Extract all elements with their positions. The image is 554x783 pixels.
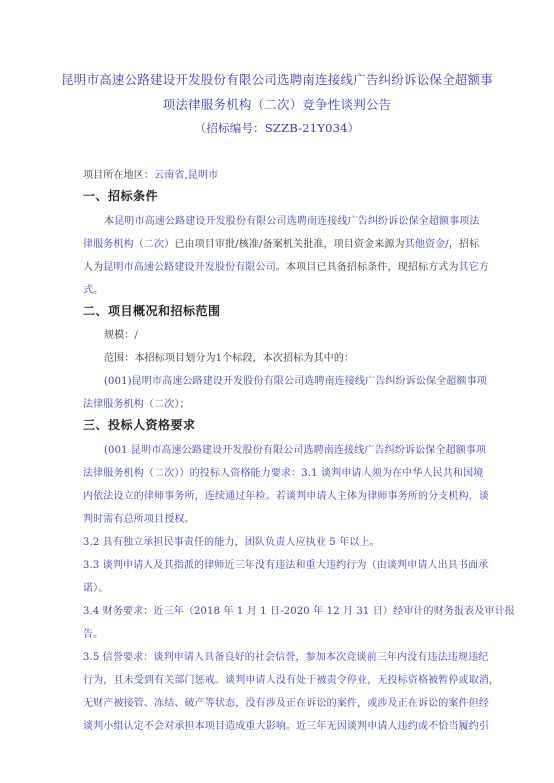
qualification-line: 法律服务机构（二次））的投标人资格能力要求：3.1 谈判申请人须为在中华人民共和… xyxy=(83,464,473,479)
text: 个标段，本次招标为其中的： xyxy=(222,353,354,364)
project-name-link: 律服务机构（二次） xyxy=(83,239,174,250)
project-location: 项目所在地区：云南省,昆明市 xyxy=(83,166,473,181)
fund-source: 其他资金/ xyxy=(405,239,449,250)
tenderer-name: 昆明市高速公路建设开发股份有限公司 xyxy=(103,262,276,273)
scale-value: / xyxy=(134,330,138,341)
qualification-line: 3.3 谈判申请人及其指派的律师近三年没有违法和重大违约行为（由谈判申请人出具书… xyxy=(83,556,473,571)
qualification-line: 诺）。 xyxy=(83,579,473,594)
qualification-line: 3.4 财务要求：近三年（2018 年 1 月 1 日-2020 年 12 月 … xyxy=(83,602,473,617)
document-title-line-2: 项法律服务机构（二次）竞争性谈判公告 xyxy=(0,95,554,113)
tender-method: 式 xyxy=(83,285,93,296)
text: 范围：本招标项目划分为 xyxy=(104,353,216,364)
location-label: 项目所在地区： xyxy=(83,170,154,181)
scale-line: 规模：/ xyxy=(104,326,494,341)
qualification-line: 内依法设立的律师事务所，连续通过年检。若谈判申请人主体为律师事务所的分支机构，谈 xyxy=(83,487,473,502)
qualification-line: 判时需有总所项目授权。 xyxy=(83,510,473,525)
section-1-paragraph-line-4: 式。 xyxy=(83,281,473,296)
project-name-link: 昆明市高速公路建设开发股份有限公司选聘南连接线广告纠纷诉讼保全超额事项法 xyxy=(114,216,479,227)
text: 。本项目已具备招标条件，现招标方式为 xyxy=(276,262,459,273)
qualification-line: 谈判小组认定不会对承担本项目造成重大影响。近三年无因谈判申请人违约或不恰当履约引 xyxy=(83,717,473,732)
text: ； xyxy=(180,399,190,410)
qualification-line: 3.5 信誉要求：谈判申请人具备良好的社会信誉，参加本次竞谈前三年内没有违法违规… xyxy=(83,648,473,663)
qualification-line: 无财产被接管、冻结、破产等状态，没有涉及正在诉讼的案件，或涉及正在诉讼的案件但经 xyxy=(83,694,473,709)
section-1-heading: 一、招标条件 xyxy=(83,187,158,204)
text: ，招标 xyxy=(449,239,479,250)
document-title-line-1: 昆明市高速公路建设开发股份有限公司选聘南连接线广告纠纷诉讼保全超额事 xyxy=(0,70,554,88)
text: 本 xyxy=(104,216,114,227)
section-1-paragraph-line-1: 本昆明市高速公路建设开发股份有限公司选聘南连接线广告纠纷诉讼保全超额事项法 xyxy=(104,212,494,227)
range-line: 范围：本招标项目划分为1个标段，本次招标为其中的： xyxy=(104,349,494,364)
section-1-paragraph-line-2: 律服务机构（二次）已由项目审批/核准/备案机关批准，项目资金来源为其他资金/，招… xyxy=(83,235,473,250)
qualification-line: 告。 xyxy=(83,625,473,640)
qualification-line: (001 昆明市高速公路建设开发股份有限公司选聘南连接线广告纠纷诉讼保全超额事项 xyxy=(104,441,494,456)
tender-code: （招标编号：SZZB-21Y034） xyxy=(0,120,554,136)
text: 已由项目审批/核准/备案机关批准，项目资金来源为 xyxy=(174,239,404,250)
section-1-paragraph-line-3: 人为昆明市高速公路建设开发股份有限公司。本项目已具备招标条件，现招标方式为其它方 xyxy=(83,258,473,273)
text: 人为 xyxy=(83,262,103,273)
scale-label: 规模： xyxy=(104,330,134,341)
tender-method: 其它方 xyxy=(459,262,489,273)
qualification-line: 3.2 具有独立承担民事责任的能力，团队负责人应执业 5 年以上。 xyxy=(83,533,473,548)
document-page: 昆明市高速公路建设开发股份有限公司选聘南连接线广告纠纷诉讼保全超额事 项法律服务… xyxy=(0,0,554,783)
section-2-heading: 二、项目概况和招标范围 xyxy=(83,302,221,319)
text: 。 xyxy=(93,285,103,296)
section-3-heading: 三、投标人资格要求 xyxy=(83,416,196,433)
lot-name: 法律服务机构（二次） xyxy=(83,399,180,410)
location-value: 云南省,昆明市 xyxy=(154,170,218,181)
lot-line-2: 法律服务机构（二次）； xyxy=(83,395,473,410)
lot-line-1: (001)昆明市高速公路建设开发股份有限公司选聘南连接线广告纠纷诉讼保全超额事项 xyxy=(104,372,494,387)
qualification-line: 行为，且未受到有关部门惩戒。谈判申请人没有处于被责令停业，无投标资格被暂停或取消… xyxy=(83,671,473,686)
